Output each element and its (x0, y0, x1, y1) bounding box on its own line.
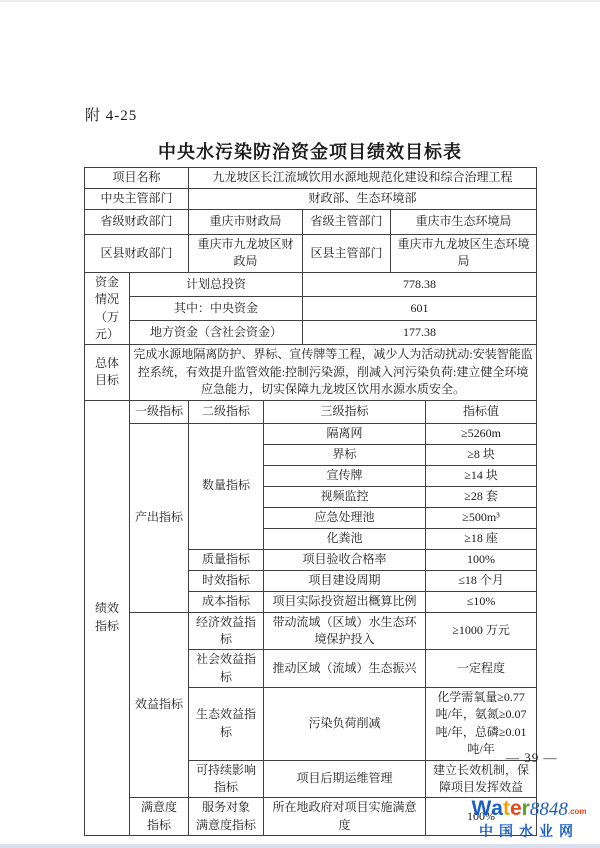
cost-indicator-value: ≤10% (426, 591, 537, 612)
page-number: — 39 — (506, 750, 558, 766)
quality-indicator-value: 100% (426, 549, 537, 570)
ecological-indicator-name: 污染负荷削减 (264, 688, 426, 761)
logo-letter: W (471, 798, 491, 819)
funding-central-value: 601 (303, 296, 537, 320)
cost-indicator-name: 项目实际投资超出概算比例 (264, 591, 426, 612)
page-top-edge (0, 0, 600, 2)
row-project-name: 项目名称 九龙坡区长江流域饮用水源地规范化建设和综合治理工程 (85, 168, 537, 189)
logo-number: 8848 (530, 800, 568, 819)
timeliness-indicator-name: 项目建设周期 (264, 570, 426, 591)
quantity-item-name: 宣传牌 (264, 465, 426, 486)
row-quantity-0: 产出指标 数量指标 隔离网 ≥5260m (85, 423, 537, 444)
quality-indicator-name: 项目验收合格率 (264, 549, 426, 570)
row-provincial: 省级财政部门 重庆市财政局 省级主管部门 重庆市生态环境局 (85, 210, 537, 235)
header-level2: 二级指标 (189, 400, 264, 423)
funding-local-value: 177.38 (303, 321, 537, 345)
indicators-section-label: 绩效 指标 (85, 400, 130, 836)
quantity-item-value: ≥14 块 (426, 465, 537, 486)
satisfaction-indicator-label: 满意度 指标 (130, 798, 189, 836)
logo-tld: .com (568, 806, 587, 819)
quantity-indicator-label: 数量指标 (189, 423, 264, 549)
row-economic: 效益指标 经济效益指标 带动流域（区域）水生态环境保护投入 ≥1000 万元 (85, 612, 537, 650)
quantity-item-name: 视频监控 (264, 486, 426, 507)
quantity-item-value: ≥28 套 (426, 486, 537, 507)
performance-target-table: 项目名称 九龙坡区长江流域饮用水源地规范化建设和综合治理工程 中央主管部门 财政… (84, 167, 537, 836)
logo-wordmark: W a t e r 8848 .com (463, 798, 595, 819)
quantity-item-name: 隔离网 (264, 423, 426, 444)
quantity-item-value: ≥5260m (426, 423, 537, 444)
logo-letter: t (503, 798, 510, 819)
county-dept-value: 重庆市九龙坡区生态环境局 (391, 235, 537, 273)
header-value: 指标值 (426, 400, 537, 423)
document-page: 附 4-25 中央水污染防治资金项目绩效目标表 项目名称 九龙坡区长江流域饮用水… (0, 0, 600, 848)
economic-indicator-label: 经济效益指标 (189, 612, 264, 650)
row-funding-total: 资金 情况 （万元） 计划总投资 778.38 (85, 272, 537, 296)
provincial-dept-label: 省级主管部门 (303, 210, 391, 235)
row-funding-central: 其中：中央资金 601 (85, 296, 537, 320)
water8848-logo: W a t e r 8848 .com 中国水业网 (463, 798, 595, 841)
logo-letter: e (510, 798, 522, 819)
quantity-item-name: 应急处理池 (264, 507, 426, 528)
sustainability-indicator-name: 项目后期运维管理 (264, 760, 426, 798)
attachment-label: 附 4-25 (85, 104, 137, 125)
project-name-label: 项目名称 (85, 168, 189, 189)
funding-total-value: 778.38 (303, 272, 537, 296)
row-funding-local: 地方资金（含社会资金） 177.38 (85, 321, 537, 345)
quantity-item-name: 界标 (264, 444, 426, 465)
quantity-item-value: ≥18 座 (426, 528, 537, 549)
funding-section-label: 资金 情况 （万元） (85, 272, 130, 345)
economic-indicator-value: ≥1000 万元 (426, 612, 537, 650)
quality-indicator-label: 质量指标 (189, 549, 264, 570)
overall-goal-text: 完成水源地隔离防护、界标、宣传牌等工程，减少人为活动扰动:安装智能监控系统，有效… (130, 345, 537, 400)
county-dept-label: 区县主管部门 (303, 235, 391, 273)
provincial-dept-value: 重庆市生态环境局 (391, 210, 537, 235)
central-dept-label: 中央主管部门 (85, 189, 189, 210)
satisfaction-indicator-name: 所在地政府对项目实施满意度 (264, 798, 426, 836)
social-indicator-value: 一定程度 (426, 650, 537, 688)
ecological-indicator-label: 生态效益指标 (189, 688, 264, 761)
satisfaction-sub-label: 服务对象 满意度指标 (189, 798, 264, 836)
sustainability-indicator-label: 可持续影响 指标 (189, 760, 264, 798)
output-indicator-label: 产出指标 (130, 423, 189, 612)
quantity-item-value: ≥8 块 (426, 444, 537, 465)
page-title: 中央水污染防治资金项目绩效目标表 (84, 138, 536, 164)
social-indicator-name: 推动区域（流域）生态振兴 (264, 650, 426, 688)
social-indicator-label: 社会效益指标 (189, 650, 264, 688)
overall-goal-label: 总体 目标 (85, 345, 130, 400)
logo-subtitle: 中国水业网 (463, 821, 595, 841)
benefit-indicator-label: 效益指标 (130, 612, 189, 798)
header-level1: 一级指标 (130, 400, 189, 423)
row-county: 区县财政部门 重庆市九龙坡区财政局 区县主管部门 重庆市九龙坡区生态环境局 (85, 235, 537, 273)
row-overall-goal: 总体 目标 完成水源地隔离防护、界标、宣传牌等工程，减少人为活动扰动:安装智能监… (85, 345, 537, 400)
timeliness-indicator-label: 时效指标 (189, 570, 264, 591)
county-finance-value: 重庆市九龙坡区财政局 (189, 235, 303, 273)
county-finance-label: 区县财政部门 (85, 235, 189, 273)
provincial-finance-label: 省级财政部门 (85, 210, 189, 235)
cost-indicator-label: 成本指标 (189, 591, 264, 612)
header-level3: 三级指标 (264, 400, 426, 423)
logo-letter: r (522, 798, 530, 819)
page-bottom-edge (0, 844, 600, 848)
row-central-dept: 中央主管部门 财政部、生态环境部 (85, 189, 537, 210)
row-indicator-headers: 绩效 指标 一级指标 二级指标 三级指标 指标值 (85, 400, 537, 423)
project-name-value: 九龙坡区长江流域饮用水源地规范化建设和综合治理工程 (189, 168, 537, 189)
quantity-item-value: ≥500m³ (426, 507, 537, 528)
central-dept-value: 财政部、生态环境部 (189, 189, 537, 210)
funding-total-label: 计划总投资 (130, 272, 303, 296)
provincial-finance-value: 重庆市财政局 (189, 210, 303, 235)
timeliness-indicator-value: ≤18 个月 (426, 570, 537, 591)
funding-local-label: 地方资金（含社会资金） (130, 321, 303, 345)
economic-indicator-name: 带动流域（区域）水生态环境保护投入 (264, 612, 426, 650)
funding-central-label: 其中：中央资金 (130, 296, 303, 320)
logo-letter: a (491, 798, 503, 819)
quantity-item-name: 化粪池 (264, 528, 426, 549)
